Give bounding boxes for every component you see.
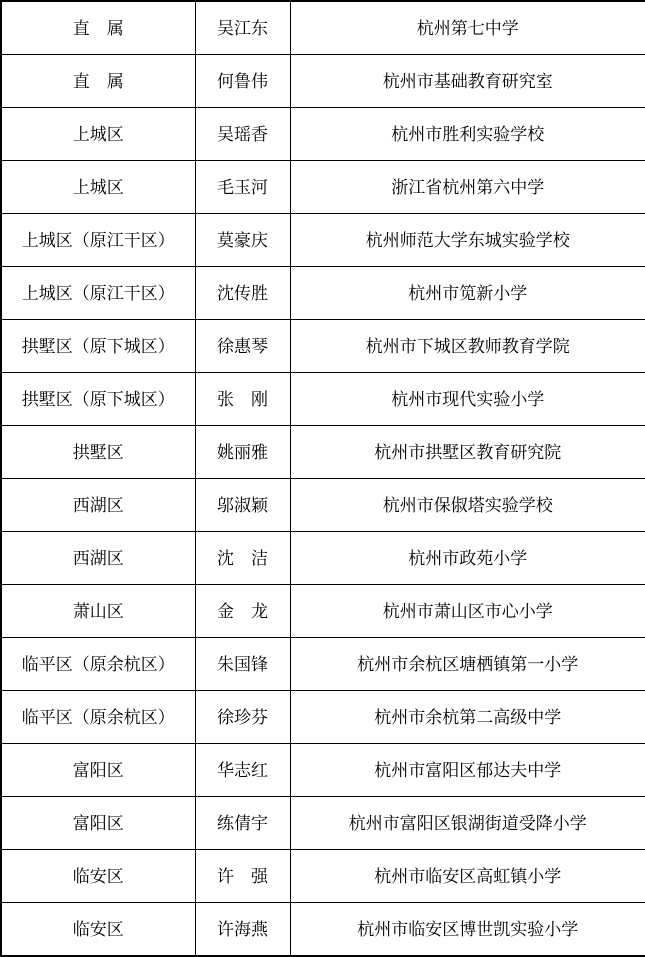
district-cell: 拱墅区	[1, 426, 195, 479]
table-row: 上城区 吴瑶香 杭州市胜利实验学校	[1, 108, 645, 161]
district-cell: 临平区（原余杭区）	[1, 691, 195, 744]
name-cell: 练倩宇	[195, 797, 290, 850]
name-cell: 华志红	[195, 744, 290, 797]
school-cell: 杭州市萧山区市心小学	[290, 585, 645, 638]
district-cell: 临安区	[1, 850, 195, 903]
district-cell: 富阳区	[1, 797, 195, 850]
name-cell: 沈传胜	[195, 267, 290, 320]
name-cell: 许海燕	[195, 903, 290, 957]
table-row: 拱墅区（原下城区） 徐惠琴 杭州市下城区教师教育学院	[1, 320, 645, 373]
table-row: 上城区（原江干区） 沈传胜 杭州市笕新小学	[1, 267, 645, 320]
school-cell: 杭州市拱墅区教育研究院	[290, 426, 645, 479]
teacher-roster-table: 直 属 吴江东 杭州第七中学 直 属 何鲁伟 杭州市基础教育研究室 上城区 吴瑶…	[0, 0, 645, 957]
name-cell: 莫豪庆	[195, 214, 290, 267]
school-cell: 杭州市富阳区银湖街道受降小学	[290, 797, 645, 850]
school-cell: 杭州市余杭区塘栖镇第一小学	[290, 638, 645, 691]
table-row: 临安区 许 强 杭州市临安区高虹镇小学	[1, 850, 645, 903]
table-row: 西湖区 邬淑颖 杭州市保俶塔实验学校	[1, 479, 645, 532]
name-cell: 许 强	[195, 850, 290, 903]
table-row: 上城区（原江干区） 莫豪庆 杭州师范大学东城实验学校	[1, 214, 645, 267]
school-cell: 杭州市基础教育研究室	[290, 55, 645, 108]
table-row: 富阳区 练倩宇 杭州市富阳区银湖街道受降小学	[1, 797, 645, 850]
school-cell: 杭州市下城区教师教育学院	[290, 320, 645, 373]
school-cell: 杭州师范大学东城实验学校	[290, 214, 645, 267]
name-cell: 朱国锋	[195, 638, 290, 691]
name-cell: 何鲁伟	[195, 55, 290, 108]
table-row: 临安区 许海燕 杭州市临安区博世凯实验小学	[1, 903, 645, 957]
school-cell: 杭州第七中学	[290, 1, 645, 55]
district-cell: 拱墅区（原下城区）	[1, 320, 195, 373]
school-cell: 杭州市保俶塔实验学校	[290, 479, 645, 532]
district-cell: 萧山区	[1, 585, 195, 638]
name-cell: 吴江东	[195, 1, 290, 55]
name-cell: 徐惠琴	[195, 320, 290, 373]
name-cell: 吴瑶香	[195, 108, 290, 161]
school-cell: 杭州市笕新小学	[290, 267, 645, 320]
district-cell: 直 属	[1, 55, 195, 108]
district-cell: 西湖区	[1, 479, 195, 532]
table-row: 直 属 何鲁伟 杭州市基础教育研究室	[1, 55, 645, 108]
table-row: 富阳区 华志红 杭州市富阳区郁达夫中学	[1, 744, 645, 797]
district-cell: 上城区	[1, 161, 195, 214]
table-row: 西湖区 沈 洁 杭州市政苑小学	[1, 532, 645, 585]
name-cell: 沈 洁	[195, 532, 290, 585]
name-cell: 金 龙	[195, 585, 290, 638]
school-cell: 杭州市富阳区郁达夫中学	[290, 744, 645, 797]
district-cell: 西湖区	[1, 532, 195, 585]
district-cell: 上城区	[1, 108, 195, 161]
table-row: 拱墅区 姚丽雅 杭州市拱墅区教育研究院	[1, 426, 645, 479]
school-cell: 杭州市临安区高虹镇小学	[290, 850, 645, 903]
district-cell: 临平区（原余杭区）	[1, 638, 195, 691]
district-cell: 临安区	[1, 903, 195, 957]
table-row: 临平区（原余杭区） 朱国锋 杭州市余杭区塘栖镇第一小学	[1, 638, 645, 691]
school-cell: 杭州市胜利实验学校	[290, 108, 645, 161]
name-cell: 毛玉河	[195, 161, 290, 214]
school-cell: 杭州市临安区博世凯实验小学	[290, 903, 645, 957]
district-cell: 直 属	[1, 1, 195, 55]
school-cell: 浙江省杭州第六中学	[290, 161, 645, 214]
name-cell: 徐珍芬	[195, 691, 290, 744]
school-cell: 杭州市余杭第二高级中学	[290, 691, 645, 744]
name-cell: 邬淑颖	[195, 479, 290, 532]
name-cell: 姚丽雅	[195, 426, 290, 479]
table-row: 拱墅区（原下城区） 张 刚 杭州市现代实验小学	[1, 373, 645, 426]
district-cell: 上城区（原江干区）	[1, 267, 195, 320]
district-cell: 拱墅区（原下城区）	[1, 373, 195, 426]
school-cell: 杭州市现代实验小学	[290, 373, 645, 426]
table-row: 上城区 毛玉河 浙江省杭州第六中学	[1, 161, 645, 214]
school-cell: 杭州市政苑小学	[290, 532, 645, 585]
table-row: 临平区（原余杭区） 徐珍芬 杭州市余杭第二高级中学	[1, 691, 645, 744]
table-row: 萧山区 金 龙 杭州市萧山区市心小学	[1, 585, 645, 638]
district-cell: 富阳区	[1, 744, 195, 797]
district-cell: 上城区（原江干区）	[1, 214, 195, 267]
table-row: 直 属 吴江东 杭州第七中学	[1, 1, 645, 55]
teacher-roster-body: 直 属 吴江东 杭州第七中学 直 属 何鲁伟 杭州市基础教育研究室 上城区 吴瑶…	[1, 1, 645, 956]
name-cell: 张 刚	[195, 373, 290, 426]
